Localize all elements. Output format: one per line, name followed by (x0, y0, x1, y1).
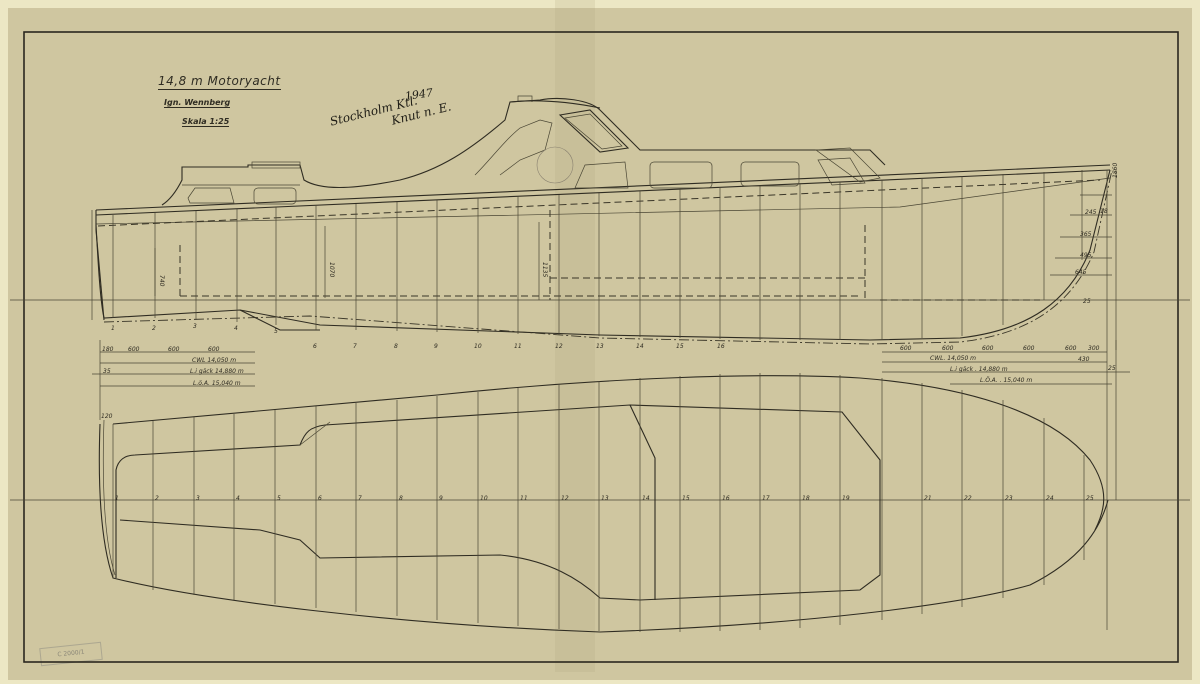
svg-text:13: 13 (601, 495, 609, 502)
svg-text:5: 5 (274, 328, 278, 335)
svg-text:8: 8 (399, 495, 403, 502)
svg-text:600: 600 (982, 345, 994, 352)
svg-text:22: 22 (964, 495, 972, 502)
svg-text:600: 600 (942, 345, 954, 352)
svg-text:11: 11 (520, 495, 528, 502)
svg-text:1860: 1860 (1112, 163, 1119, 178)
svg-text:600: 600 (1023, 345, 1035, 352)
svg-text:15: 15 (676, 343, 684, 350)
svg-text:495: 495 (1080, 252, 1092, 259)
svg-text:7: 7 (353, 343, 357, 350)
svg-text:16: 16 (717, 343, 725, 350)
svg-text:L.ö.A. 15,040 m: L.ö.A. 15,040 m (193, 380, 241, 387)
svg-text:600: 600 (1065, 345, 1077, 352)
svg-text:4: 4 (236, 495, 240, 502)
svg-text:14: 14 (642, 495, 650, 502)
svg-text:1135: 1135 (541, 262, 548, 277)
svg-text:23: 23 (1005, 495, 1013, 502)
svg-text:740: 740 (158, 275, 165, 287)
svg-text:25: 25 (1083, 298, 1091, 305)
svg-text:L.i gäck . 14,880 m: L.i gäck . 14,880 m (950, 366, 1008, 373)
svg-text:15: 15 (682, 495, 690, 502)
svg-text:1: 1 (111, 325, 115, 332)
svg-text:16: 16 (722, 495, 730, 502)
svg-text:12: 12 (555, 343, 563, 350)
svg-text:9: 9 (434, 343, 438, 350)
svg-text:365: 365 (1080, 231, 1092, 238)
svg-text:600: 600 (900, 345, 912, 352)
svg-text:24: 24 (1046, 495, 1054, 502)
svg-text:120: 120 (101, 413, 113, 420)
svg-text:12: 12 (561, 495, 569, 502)
svg-text:2: 2 (155, 495, 159, 502)
plan-labels: 1 2 3 4 5 6 7 8 9 10 11 12 13 14 15 16 1… (101, 413, 1094, 502)
svg-text:10: 10 (474, 343, 482, 350)
svg-text:1: 1 (115, 495, 119, 502)
yacht-lines-drawing: 1 2 3 4 5 6 7 8 9 10 11 12 13 14 15 16 7… (0, 0, 1200, 684)
svg-text:10: 10 (480, 495, 488, 502)
svg-text:2: 2 (152, 325, 156, 332)
svg-text:CWL. 14,050 m: CWL. 14,050 m (930, 355, 976, 362)
svg-text:25: 25 (1086, 495, 1094, 502)
svg-text:7: 7 (358, 495, 362, 502)
svg-text:8: 8 (394, 343, 398, 350)
svg-text:18: 18 (802, 495, 810, 502)
svg-text:9: 9 (439, 495, 443, 502)
svg-text:3: 3 (193, 323, 197, 330)
svg-text:13: 13 (596, 343, 604, 350)
svg-text:17: 17 (762, 495, 770, 502)
svg-text:35: 35 (103, 368, 111, 375)
svg-text:L.i gäck 14,880 m: L.i gäck 14,880 m (190, 368, 244, 375)
svg-text:CWL 14,050 m: CWL 14,050 m (192, 357, 236, 364)
svg-text:L.Ö.A. . 15,040 m: L.Ö.A. . 15,040 m (980, 377, 1032, 384)
svg-text:21: 21 (924, 495, 932, 502)
svg-text:180: 180 (102, 346, 114, 353)
svg-text:5: 5 (277, 495, 281, 502)
svg-text:600: 600 (128, 346, 140, 353)
svg-text:3: 3 (196, 495, 200, 502)
svg-text:300: 300 (1088, 345, 1100, 352)
svg-text:4: 4 (234, 325, 238, 332)
svg-text:6: 6 (313, 343, 317, 350)
svg-text:19: 19 (842, 495, 850, 502)
svg-text:18: 18 (1100, 208, 1108, 215)
profile-labels: 1 2 3 4 5 6 7 8 9 10 11 12 13 14 15 16 7… (111, 163, 1119, 350)
svg-text:14: 14 (636, 343, 644, 350)
svg-text:6: 6 (318, 495, 322, 502)
svg-text:430: 430 (1078, 356, 1090, 363)
dimension-labels-right: 600 600 600 600 600 300 430 CWL. 14,050 … (900, 345, 1116, 384)
plan-view (10, 373, 1190, 632)
svg-text:11: 11 (514, 343, 522, 350)
svg-text:600: 600 (208, 346, 220, 353)
svg-text:600: 600 (168, 346, 180, 353)
svg-text:25: 25 (1108, 365, 1116, 372)
svg-text:645: 645 (1075, 269, 1087, 276)
svg-text:1070: 1070 (328, 262, 335, 277)
svg-text:245: 245 (1085, 209, 1097, 216)
profile-view (10, 96, 1190, 350)
